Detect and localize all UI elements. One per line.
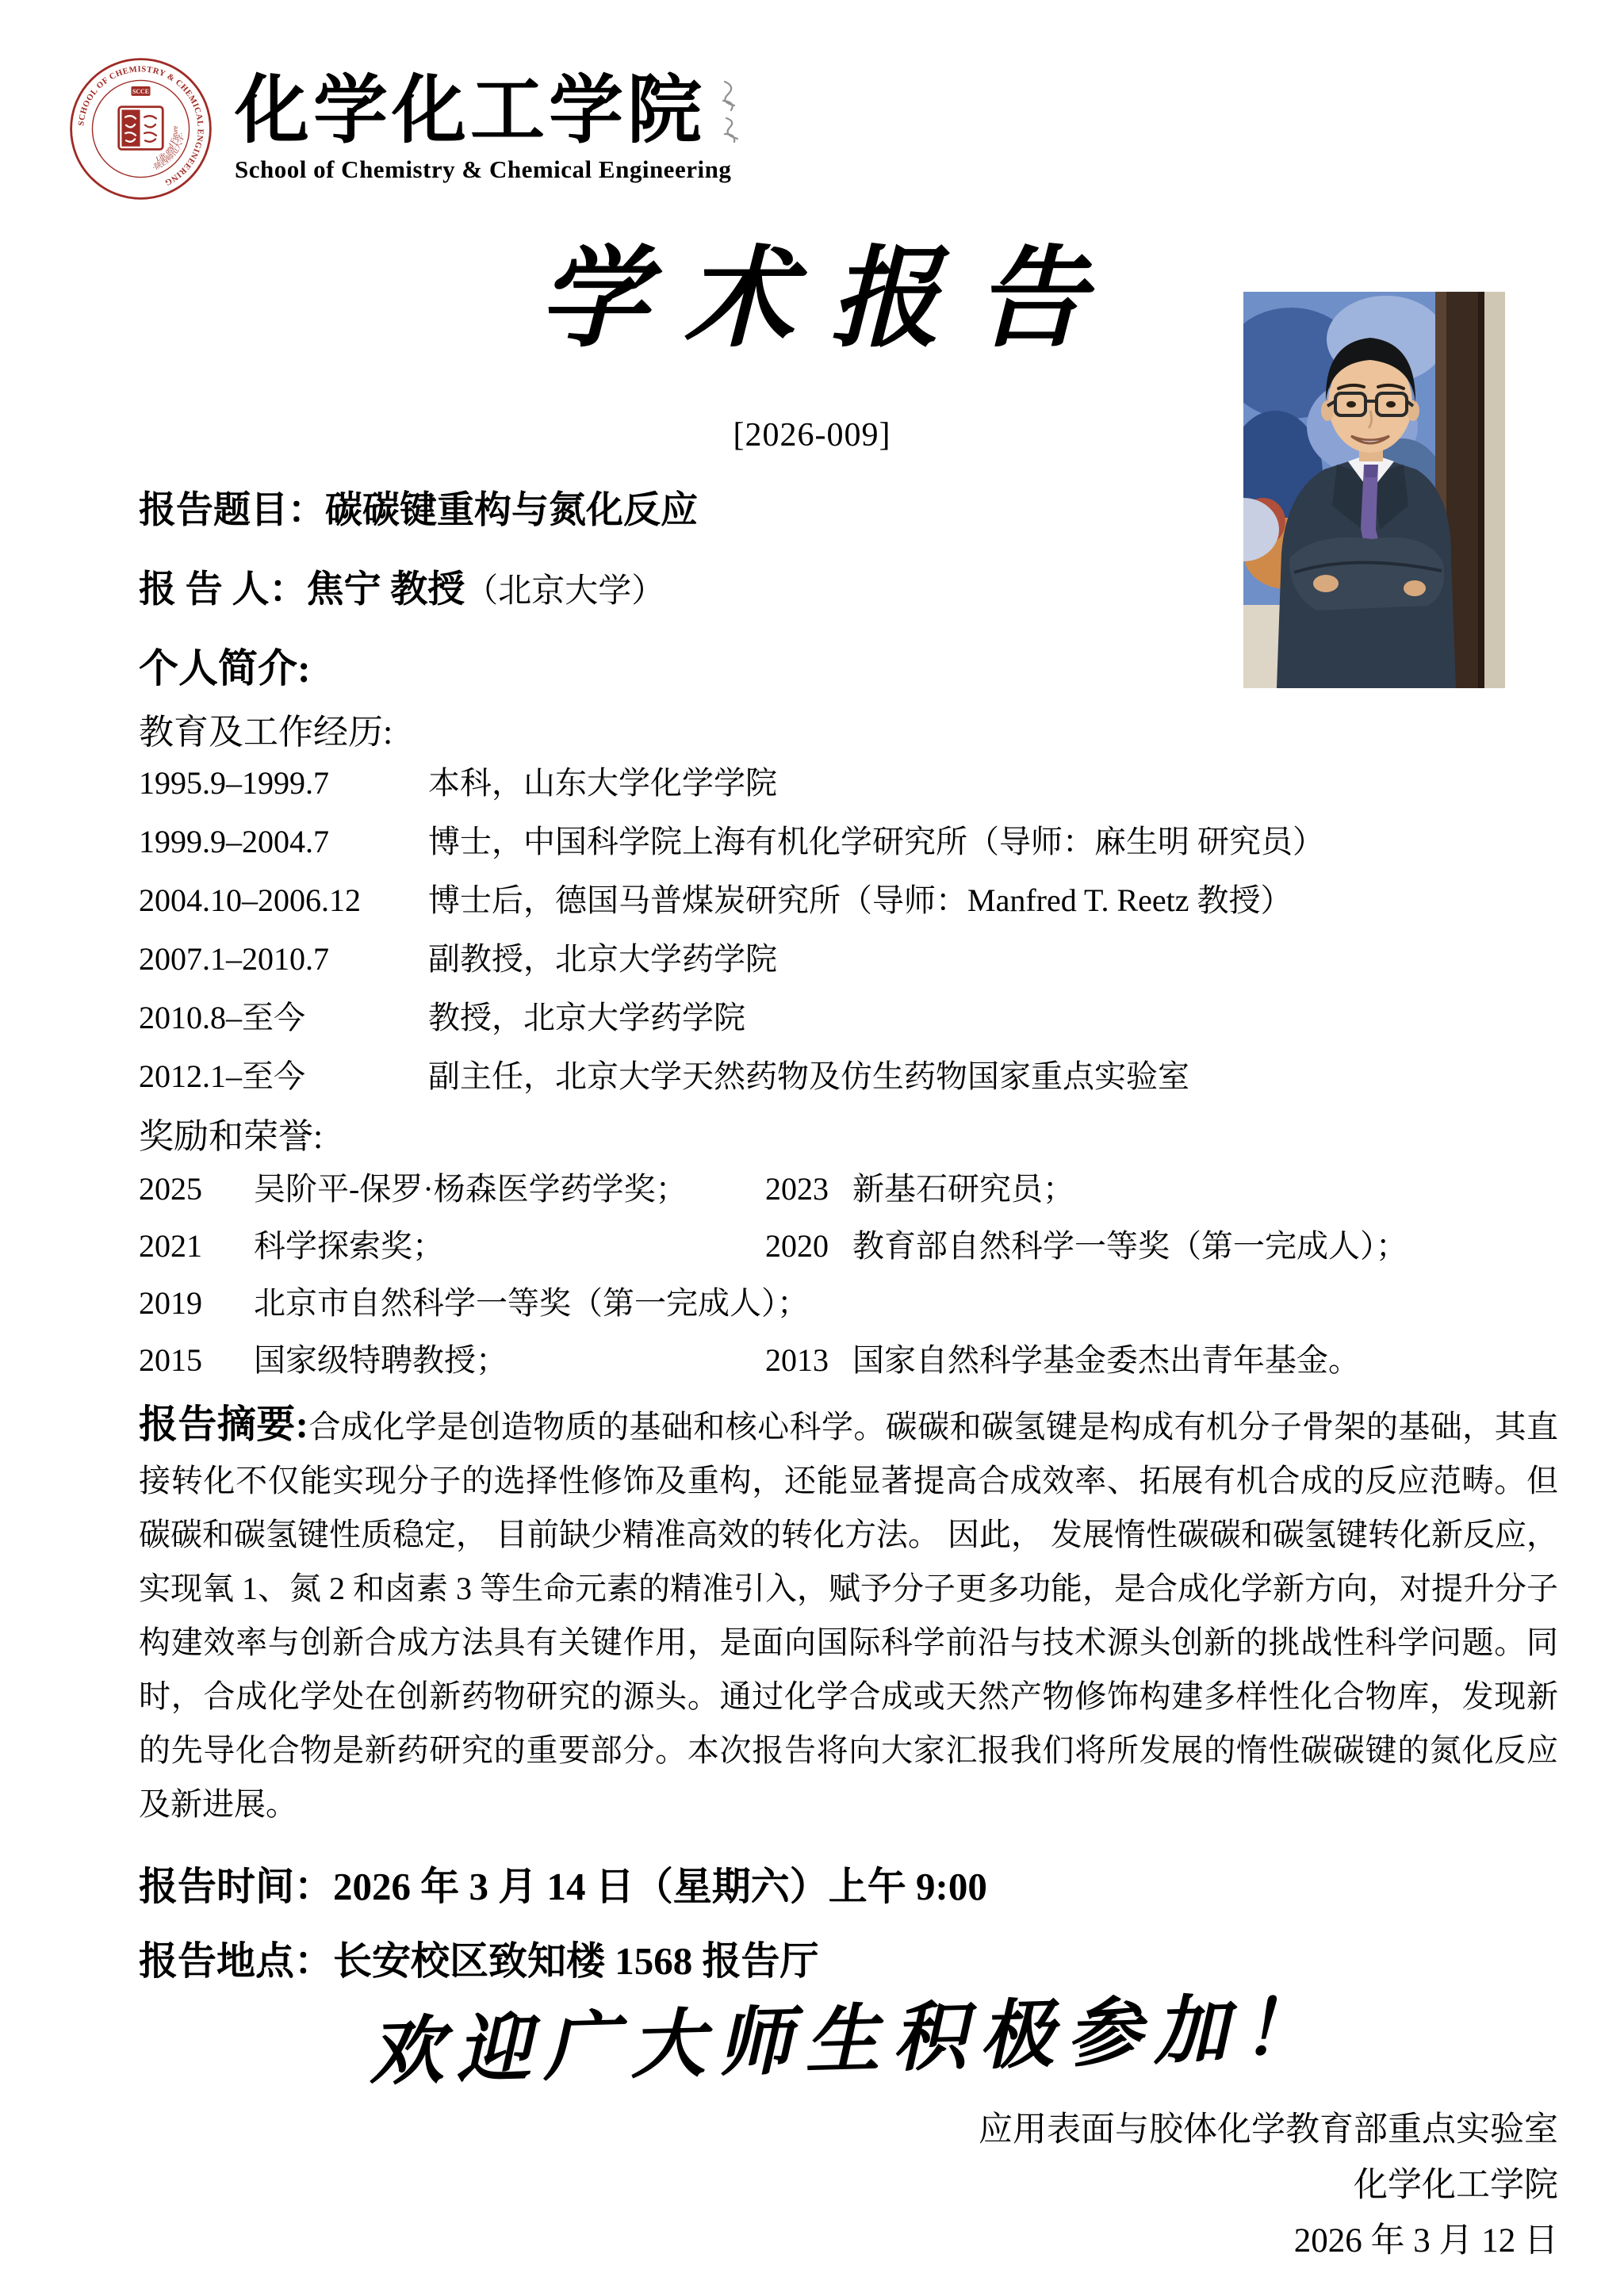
time-value: 2026 年 3 月 14 日（星期六）上午 9:00 [333, 1865, 987, 1908]
time-line: 报告时间：2026 年 3 月 14 日（星期六）上午 9:00 [139, 1863, 1558, 1911]
venue-value: 长安校区致知楼 1568 报告厅 [333, 1939, 819, 1983]
topic-value: 碳碳键重构与氮化反应 [325, 490, 698, 531]
school-seal-icon: SCHOOL OF CHEMISTRY & CHEMICAL ENGINEERI… [67, 55, 214, 202]
education-detail: 本科，山东大学化学学院 [428, 765, 777, 801]
education-detail: 副主任，北京大学天然药物及仿生药物国家重点实验室 [428, 1058, 1189, 1094]
education-detail: 副教授，北京大学药学院 [428, 941, 777, 977]
speaker-name: 焦宁 教授 [307, 569, 465, 610]
svg-text:SCHOOL OF CHEMISTRY & CHEMICAL: SCHOOL OF CHEMISTRY & CHEMICAL ENGINEERI… [77, 65, 204, 186]
education-period: 1995.9–1999.7 [139, 763, 329, 803]
footer-signature-block: 应用表面与胶体化学教育部重点实验室 化学化工学院 2026 年 3 月 12 日 [139, 2103, 1558, 2269]
seal-ring-text: SCHOOL OF CHEMISTRY & CHEMICAL ENGINEERI… [77, 65, 204, 186]
award-row: 2021 科学探索奖； 2020 教育部自然科学一等奖（第一完成人）； [139, 1226, 1558, 1266]
awards-section-label: 奖励和荣誉: [139, 1115, 1558, 1158]
topic-label: 报告题目： [139, 490, 325, 531]
award-title: 国家级特聘教授； [254, 1341, 507, 1380]
education-period: 2007.1–2010.7 [139, 939, 329, 979]
seal-badge-text: SCCE [132, 88, 149, 95]
education-row: 1999.9–2004.7 博士，中国科学院上海有机化学研究所（导师：麻生明 研… [139, 822, 1558, 862]
abstract-label: 报告摘要: [139, 1402, 308, 1446]
education-period: 1999.9–2004.7 [139, 822, 329, 862]
footer-date: 2026 年 3 月 12 日 [139, 2214, 1558, 2269]
education-row: 2010.8–至今 教授，北京大学药学院 [139, 998, 1558, 1038]
award-row: 2015 国家级特聘教授； 2013 国家自然科学基金委杰出青年基金。 [139, 1341, 1558, 1380]
logo-name-en: School of Chemistry & Chemical Engineeri… [235, 155, 745, 184]
topic-line: 报告题目：碳碳键重构与氮化反应 [139, 488, 1558, 534]
education-period: 2010.8–至今 [139, 998, 305, 1038]
education-row: 1995.9–1999.7 本科，山东大学化学学院 [139, 763, 1558, 803]
education-detail: 博士后，德国马普煤炭研究所（导师：Manfred T. Reetz 教授） [428, 882, 1293, 918]
award-year: 2023 [765, 1169, 829, 1209]
award-year: 2025 [139, 1169, 202, 1209]
speaker-line: 报 告 人：焦宁 教授（北京大学） [139, 567, 1558, 614]
welcome-banner: 欢迎广大师生积极参加！ [138, 1980, 1559, 2103]
main-content: 报告题目：碳碳键重构与氮化反应 报 告 人：焦宁 教授（北京大学） 个人简介: … [139, 488, 1558, 2269]
award-title: 新基石研究员； [852, 1169, 1074, 1209]
artist-signature-icon [717, 77, 745, 145]
education-detail: 博士，中国科学院上海有机化学研究所（导师：麻生明 研究员） [428, 824, 1324, 859]
footer-lab: 应用表面与胶体化学教育部重点实验室 [139, 2103, 1558, 2158]
education-period: 2012.1–至今 [139, 1057, 305, 1096]
abstract-text: 合成化学是创造物质的基础和核心科学。碳碳和碳氢键是构成有机分子骨架的基础，其直接… [139, 1409, 1558, 1822]
education-row: 2007.1–2010.7 副教授，北京大学药学院 [139, 939, 1558, 979]
logo-text-block: 化学化工学院 School of Chemistry & Chemical En… [235, 74, 745, 185]
education-row: 2012.1–至今 副主任，北京大学天然药物及仿生药物国家重点实验室 [139, 1057, 1558, 1096]
award-year: 2019 [139, 1284, 202, 1323]
seal-center-emblem [119, 107, 163, 150]
abstract-paragraph: 报告摘要:合成化学是创造物质的基础和核心科学。碳碳和碳氢键是构成有机分子骨架的基… [139, 1398, 1558, 1831]
award-year: 2021 [139, 1226, 202, 1266]
education-period: 2004.10–2006.12 [139, 881, 361, 920]
logo-name-cn: 化学化工学院 [235, 74, 706, 150]
award-year: 2020 [765, 1226, 829, 1266]
award-title: 国家自然科学基金委杰出青年基金。 [852, 1341, 1360, 1380]
award-year: 2013 [765, 1341, 829, 1380]
lecture-poster: SCHOOL OF CHEMISTRY & CHEMICAL ENGINEERI… [0, 0, 1624, 2296]
education-detail: 教授，北京大学药学院 [428, 1000, 745, 1035]
venue-line: 报告地点：长安校区致知楼 1568 报告厅 [139, 1938, 1558, 1985]
education-section-label: 教育及工作经历: [139, 711, 1558, 754]
footer-school: 化学化工学院 [139, 2158, 1558, 2214]
profile-section-label: 个人简介: [139, 645, 1558, 692]
education-row: 2004.10–2006.12 博士后，德国马普煤炭研究所（导师：Manfred… [139, 881, 1558, 920]
award-title: 科学探索奖； [254, 1226, 444, 1266]
award-row: 2025 吴阶平-保罗·杨森医学药学奖； 2023 新基石研究员； [139, 1169, 1558, 1209]
header-logo: SCHOOL OF CHEMISTRY & CHEMICAL ENGINEERI… [67, 55, 745, 202]
venue-label: 报告地点： [139, 1939, 333, 1983]
award-title: 教育部自然科学一等奖（第一完成人）； [852, 1226, 1408, 1266]
award-year: 2015 [139, 1341, 202, 1380]
time-label: 报告时间： [139, 1865, 333, 1908]
speaker-affiliation: （北京大学） [465, 573, 665, 610]
award-row: 2019 北京市自然科学一等奖（第一完成人）； [139, 1284, 1558, 1323]
award-title: 吴阶平-保罗·杨森医学药学奖； [254, 1169, 688, 1209]
award-title: 北京市自然科学一等奖（第一完成人）； [254, 1284, 809, 1323]
speaker-label: 报 告 人： [139, 569, 307, 610]
